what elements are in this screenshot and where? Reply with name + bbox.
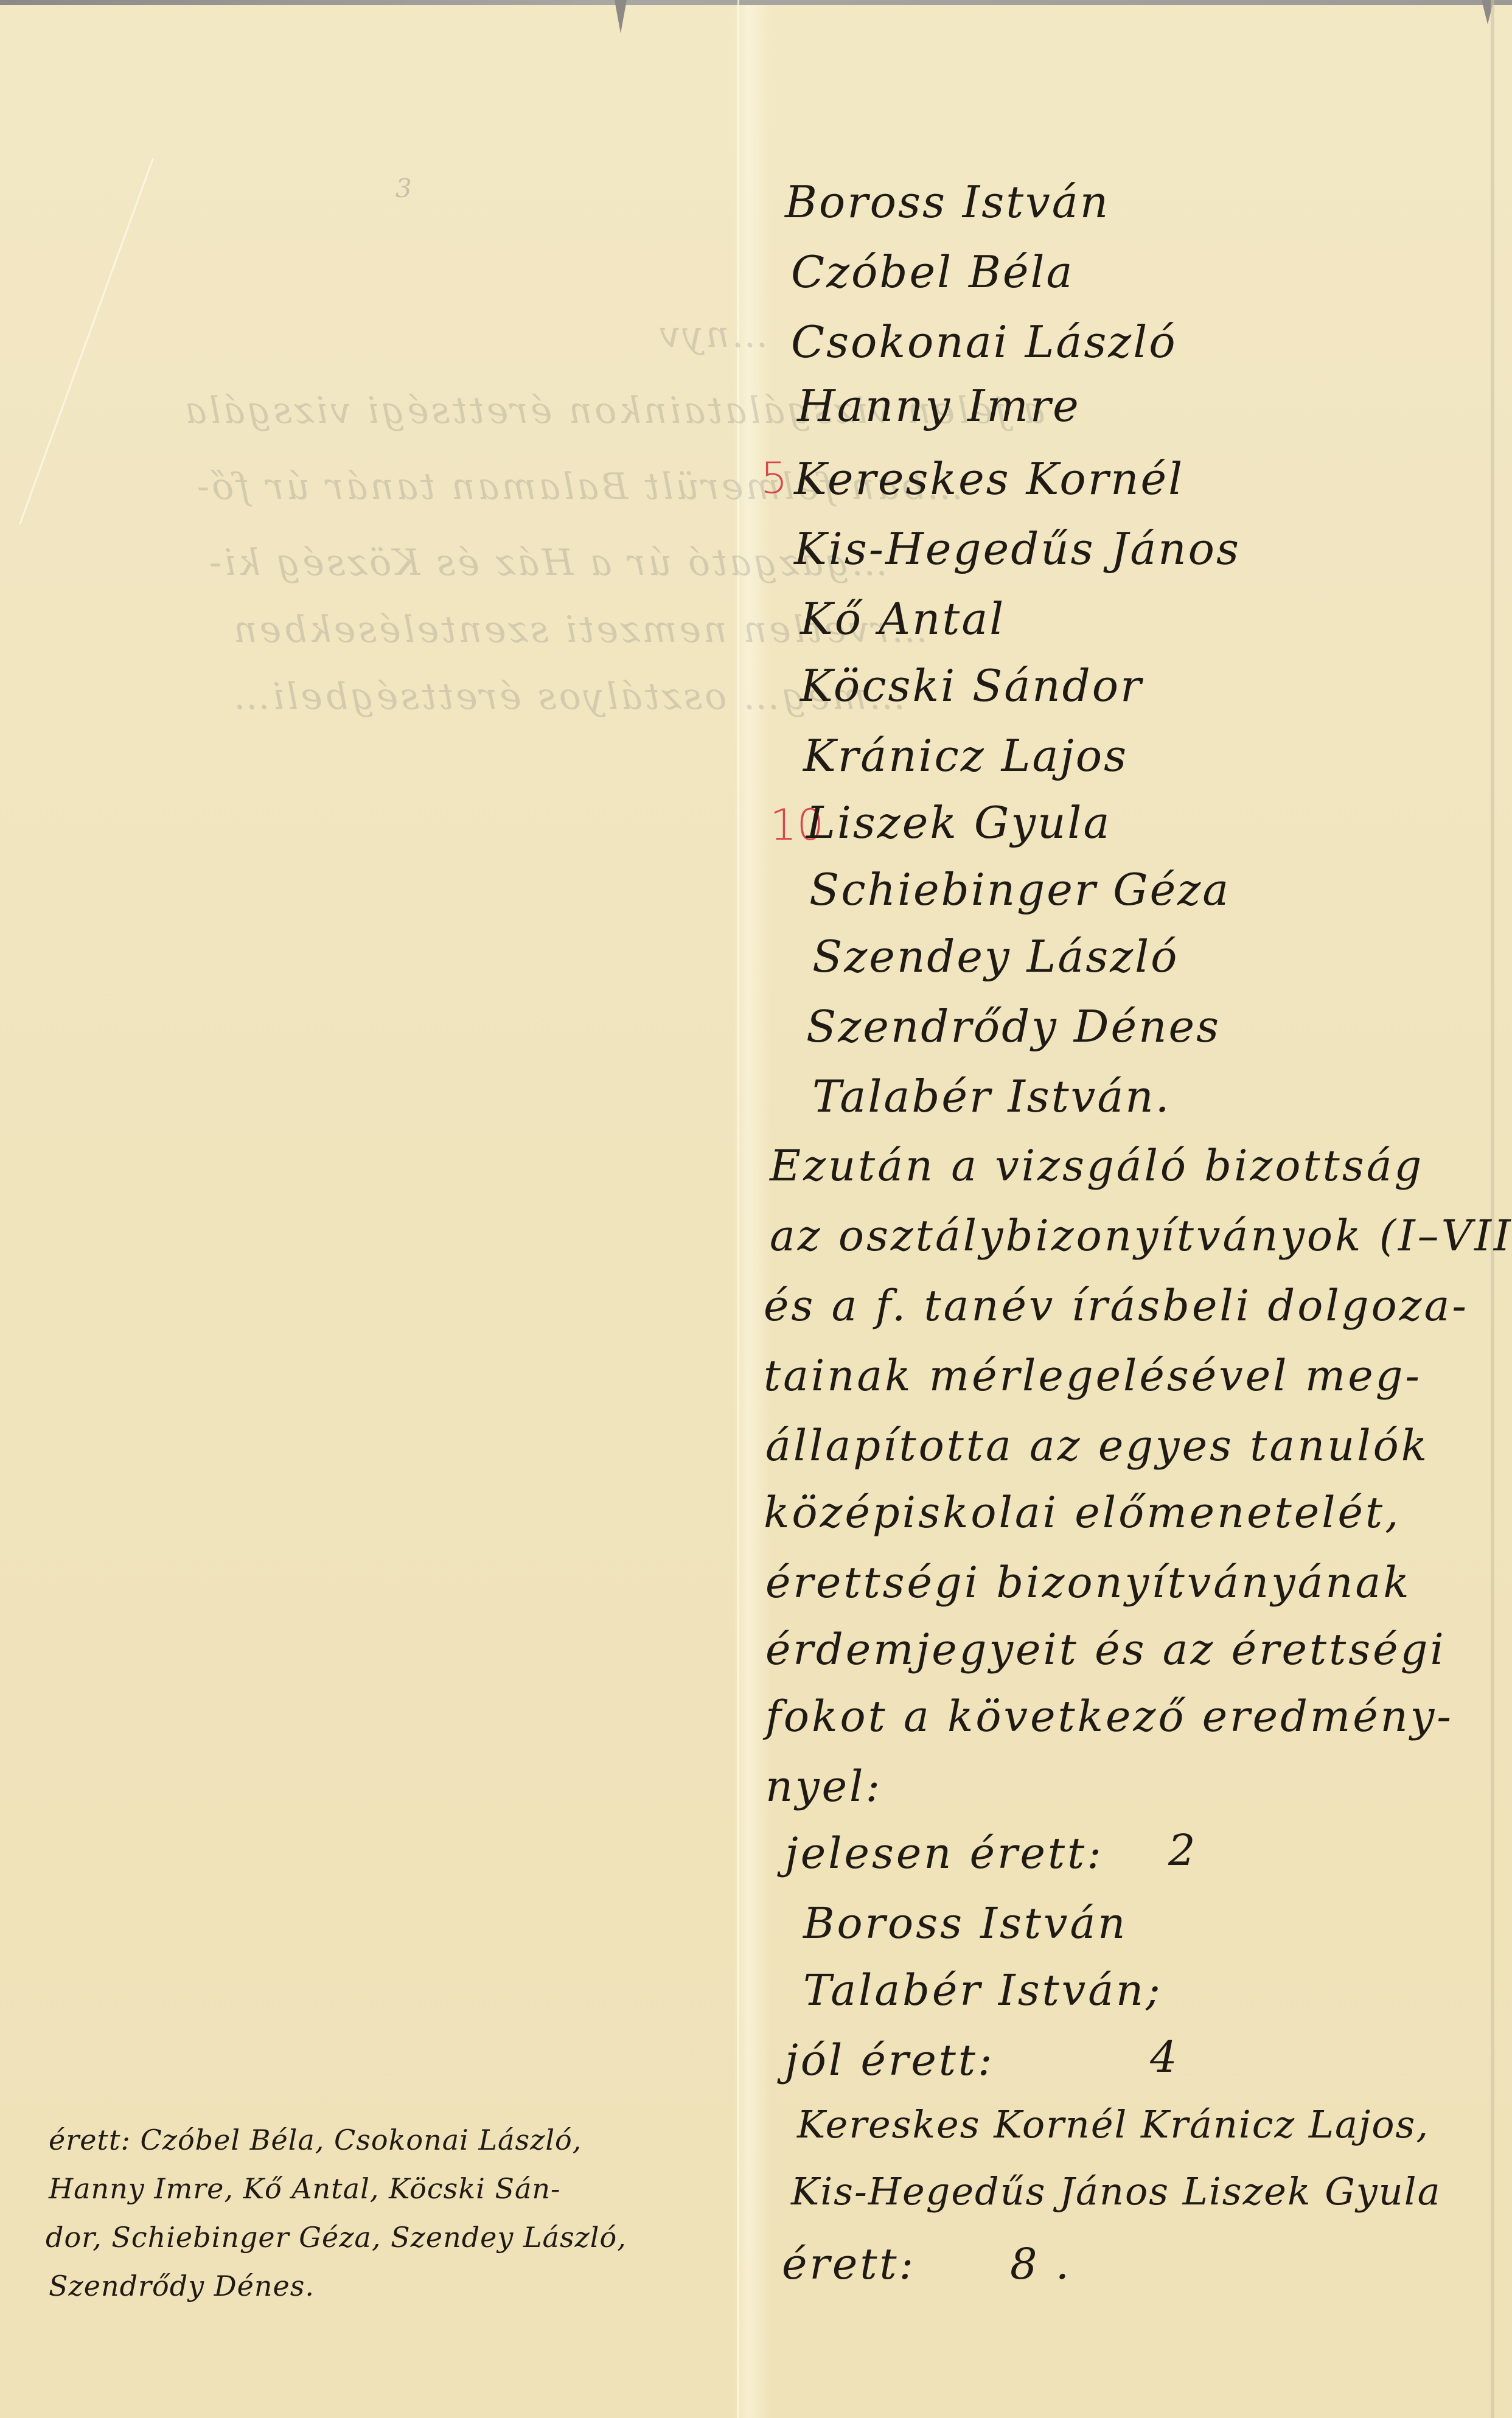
paragraph-line: középiskolai előmenetelét,: [764, 1488, 1401, 1538]
fold-line: [737, 0, 739, 2418]
student-name: Hanny Imre: [797, 380, 1081, 431]
paragraph-line: tainak mérlegelésével meg-: [764, 1351, 1422, 1401]
student-name: Liszek Gyula: [806, 797, 1111, 848]
student-name: Boross István: [785, 176, 1110, 228]
paragraph-line: és a f. tanév írásbeli dolgoza-: [764, 1281, 1469, 1331]
bleed-through-line: …nyv: [657, 313, 768, 356]
result-count-good: 4: [1150, 2032, 1180, 2082]
paragraph-line: Ezután a vizsgáló bizottság: [770, 1141, 1424, 1191]
result-label-pass: érett:: [782, 2239, 916, 2289]
paragraph-line: állapította az egyes tanulók: [765, 1421, 1429, 1471]
side-note-line: Hanny Imre, Kő Antal, Köcski Sán-: [49, 2172, 561, 2205]
side-note-line: dor, Schiebinger Géza, Szendey László,: [46, 2221, 627, 2254]
result-count-excellent: 2: [1168, 1825, 1198, 1875]
student-name: Kis-Hegedűs János: [794, 523, 1241, 574]
student-name: Talabér István.: [812, 1071, 1171, 1122]
result-count-pass: 8 .: [1010, 2239, 1071, 2289]
paragraph-line: fokot a következő eredmény-: [765, 1692, 1454, 1741]
result-name-line: Kereskes Kornél Kránicz Lajos,: [797, 2102, 1429, 2147]
right-fold: [1491, 0, 1494, 2418]
result-name-line: Kis-Hegedűs János Liszek Gyula: [791, 2169, 1441, 2214]
paragraph-line: nyel:: [765, 1761, 882, 1811]
faint-page-number: 3: [395, 173, 412, 203]
student-name: Kereskes Kornél: [794, 453, 1184, 504]
result-name-line: Boross István: [803, 1898, 1127, 1948]
result-label-excellent: jelesen érett:: [785, 1828, 1104, 1878]
student-name: Szendrődy Dénes: [806, 1001, 1221, 1052]
student-name: Köcski Sándor: [800, 660, 1143, 711]
paragraph-line: az osztálybizonyítványok (I–VIII.): [770, 1211, 1512, 1261]
paper-background: [0, 0, 1512, 2418]
student-name: Schiebinger Géza: [809, 864, 1230, 915]
student-name: Szendey László: [812, 931, 1179, 982]
margin-count-number: 5: [761, 453, 788, 503]
side-note-line: érett: Czóbel Béla, Csokonai László,: [49, 2124, 582, 2156]
paragraph-line: érdemjegyeit és az érettségi: [765, 1625, 1446, 1674]
paragraph-line: érettségi bizonyítványának: [765, 1558, 1412, 1608]
student-name: Kránicz Lajos: [803, 730, 1128, 781]
result-label-good: jól érett:: [785, 2035, 995, 2085]
result-name-line: Talabér István;: [803, 1965, 1163, 2015]
bleed-through-line: …gazgató úr a Ház és Község ki-: [207, 542, 888, 584]
paper-tear: [615, 0, 627, 33]
student-name: Czóbel Béla: [791, 246, 1074, 298]
student-name: Kő Antal: [800, 593, 1005, 644]
side-note-line: Szendrődy Dénes.: [49, 2270, 315, 2302]
scan-top-edge: [0, 0, 1512, 5]
student-name: Csokonai László: [791, 316, 1177, 368]
